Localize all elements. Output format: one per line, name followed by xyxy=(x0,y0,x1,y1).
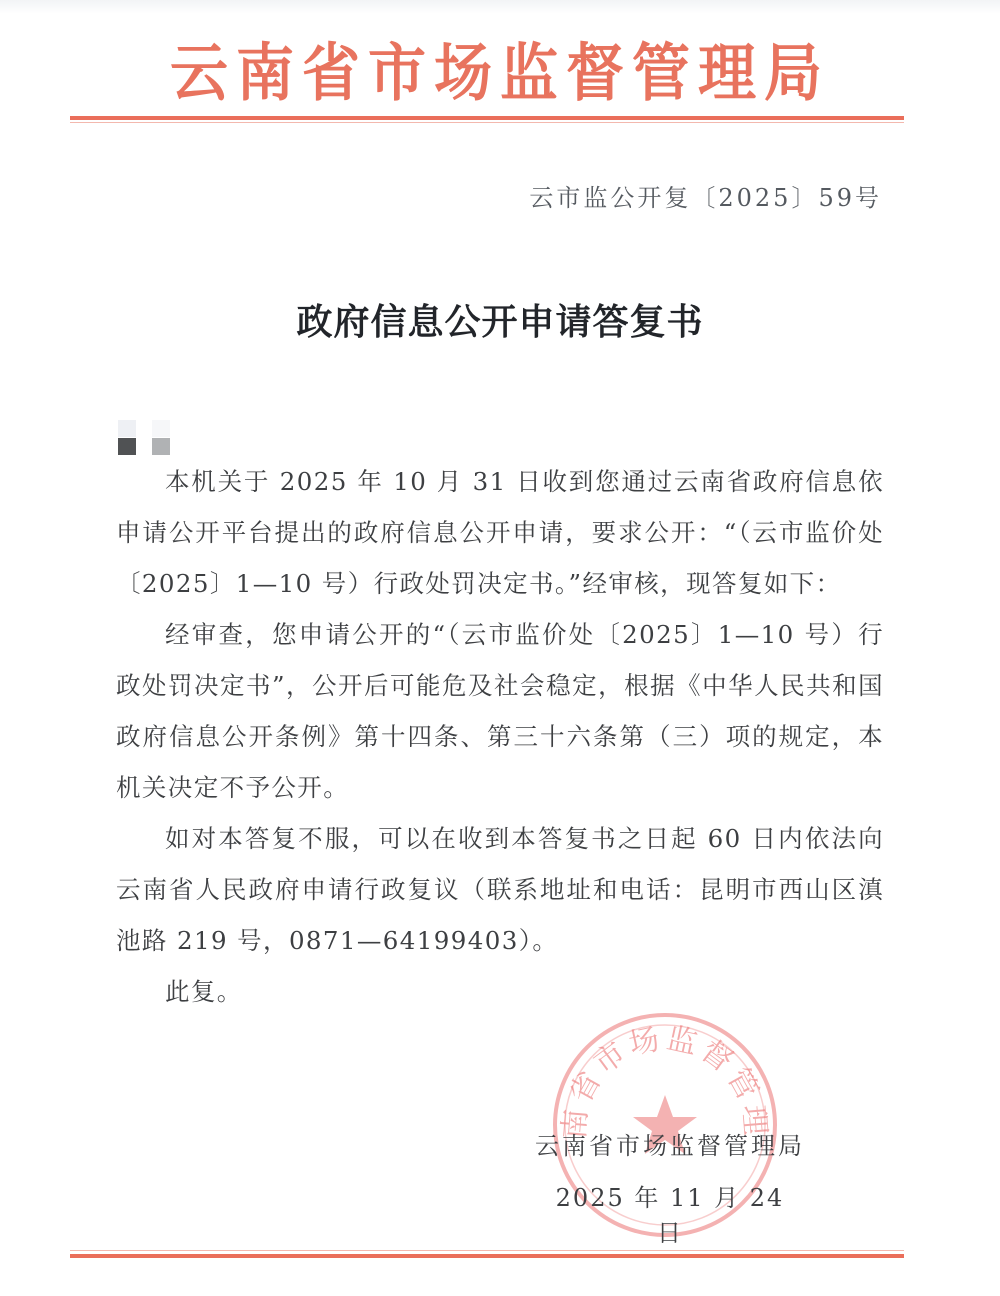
paragraph-decision: 经审查，您申请公开的“（云市监价处〔2025〕1—10 号）行政处罚决定书”，公… xyxy=(116,609,884,813)
footer-rule-thick xyxy=(70,1254,904,1258)
paragraph-appeal: 如对本答复不服，可以在收到本答复书之日起 60 日内依法向云南省人民政府申请行政… xyxy=(116,813,884,966)
footer-rule-thin xyxy=(70,1250,904,1251)
document-title: 政府信息公开申请答复书 xyxy=(0,294,1000,345)
paragraph-receipt: 本机关于 2025 年 10 月 31 日收到您通过云南省政府信息依申请公开平台… xyxy=(116,456,884,609)
paragraph-closing: 此复。 xyxy=(116,966,884,1017)
letterhead-rule-thin xyxy=(70,122,904,123)
letterhead-rule-thick xyxy=(70,116,904,120)
redaction-block xyxy=(152,438,170,455)
top-shade xyxy=(0,0,1000,14)
signatory-organization: 云南省市场监督管理局 xyxy=(520,1126,820,1161)
signature-date: 2025 年 11 月 24 日 xyxy=(540,1178,800,1248)
redaction-block xyxy=(118,420,136,437)
redaction-block xyxy=(152,420,170,437)
redaction-block xyxy=(118,438,136,455)
organization-letterhead: 云南省市场监督管理局 xyxy=(0,35,1000,111)
document-number: 云市监公开复〔2025〕59号 xyxy=(529,178,882,213)
redacted-recipient-name xyxy=(118,420,174,456)
document-body: 本机关于 2025 年 10 月 31 日收到您通过云南省政府信息依申请公开平台… xyxy=(116,456,884,1017)
